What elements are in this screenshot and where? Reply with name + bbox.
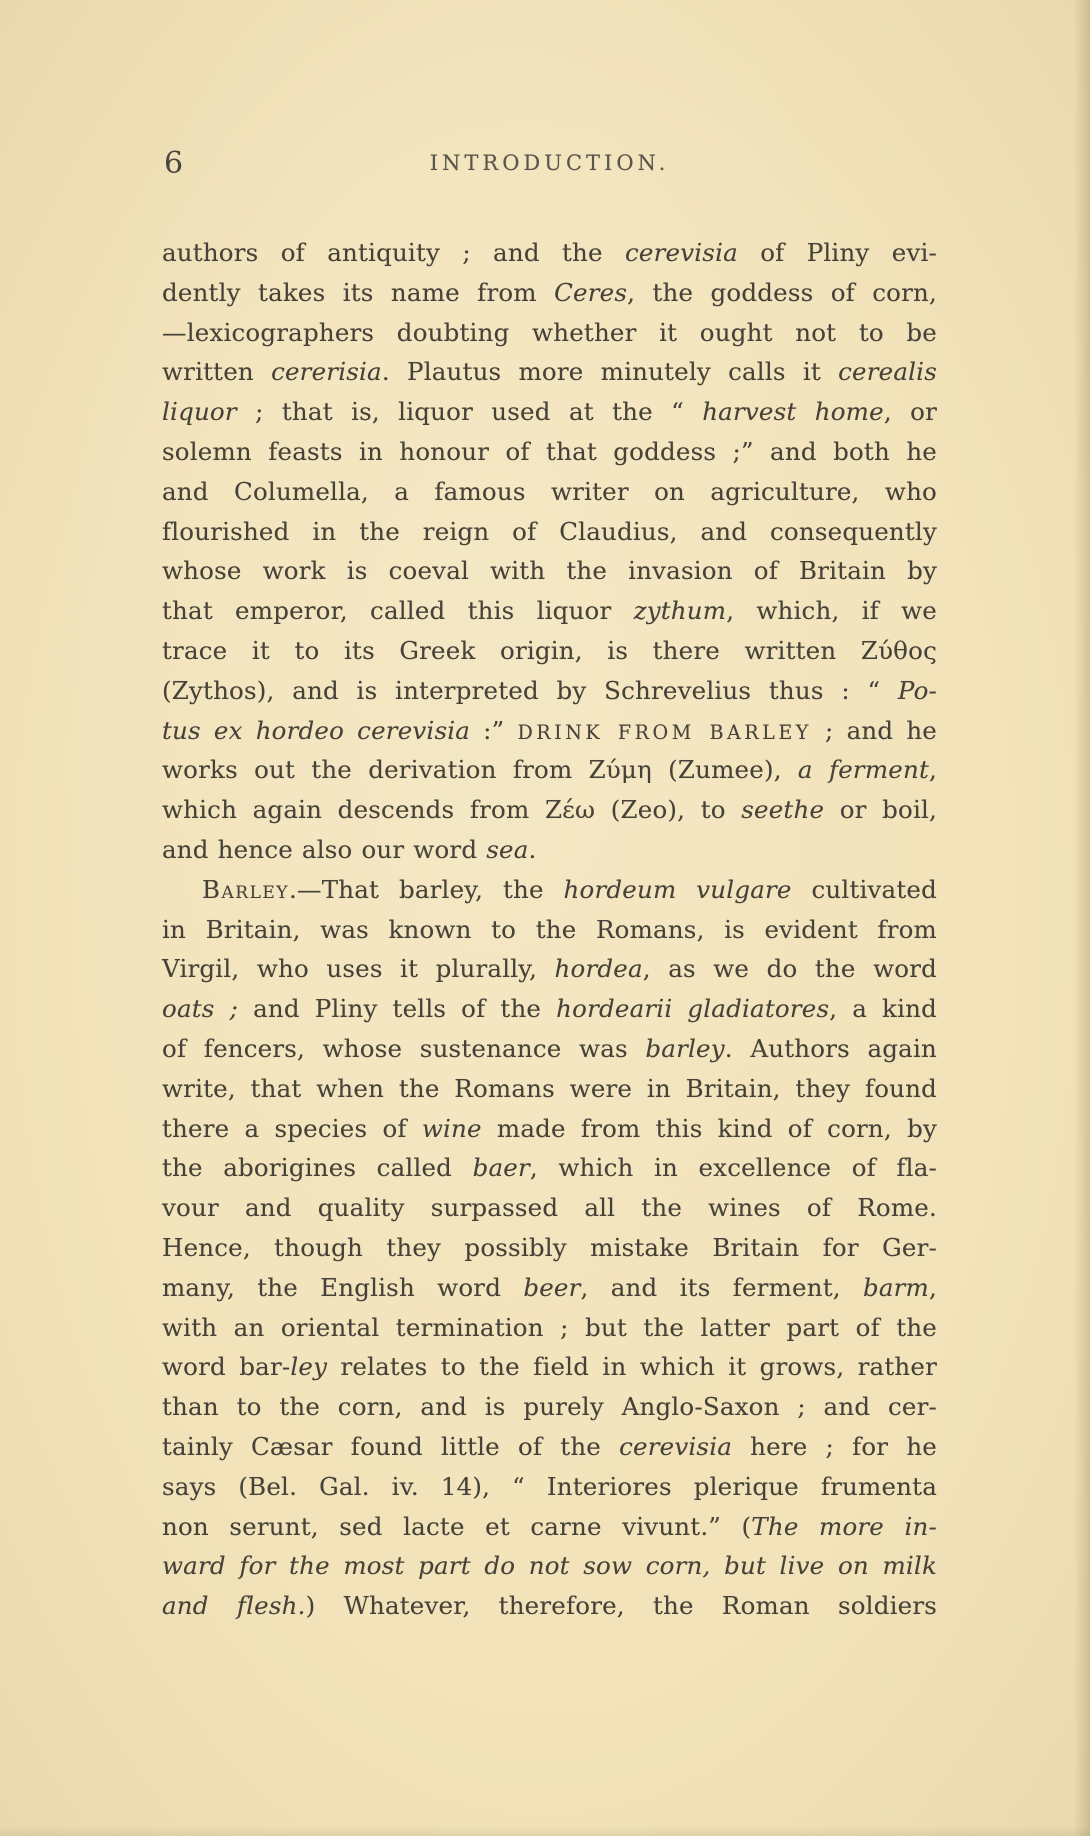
text-segment: relates to the field in which it grows, … (327, 1352, 937, 1381)
text-segment: hordea (555, 954, 643, 983)
text-line: says (Bel. Gal. iv. 14), “ Interiores pl… (162, 1467, 937, 1507)
text-segment: drink from barley (517, 721, 811, 744)
text-segment: harvest home (702, 397, 884, 426)
text-segment: write, that when the Romans were in Brit… (162, 1074, 937, 1103)
text-line: works out the derivation from Ζύμη (Zume… (162, 750, 937, 790)
text-segment: barley (645, 1034, 724, 1063)
text-line: Barley.—That barley, the hordeum vulgare… (162, 870, 937, 910)
text-segment: oats ; (162, 994, 238, 1023)
text-segment: . (529, 835, 537, 864)
text-segment: ; and he (812, 716, 937, 745)
text-line: Hence, though they possibly mistake Brit… (162, 1228, 937, 1268)
text-segment: that emperor, called this liquor (162, 596, 634, 625)
text-segment: The more in- (751, 1512, 937, 1541)
text-segment: and flesh. (162, 1591, 306, 1620)
text-segment: Hence, though they possibly mistake Brit… (162, 1233, 937, 1262)
text-line: than to the corn, and is purely Anglo-Sa… (162, 1387, 937, 1427)
text-block: authors of antiquity ; and the cerevisia… (162, 233, 937, 1626)
text-line: in Britain, was known to the Romans, is … (162, 910, 937, 950)
text-line: tainly Cæsar found little of the cerevis… (162, 1427, 937, 1467)
text-segment: ward for the most part do not sow corn, … (162, 1551, 937, 1580)
text-line: solemn feasts in honour of that goddess … (162, 432, 937, 472)
text-segment: cerevisia (619, 1432, 732, 1461)
text-segment: and Columella, a famous writer on agricu… (162, 477, 937, 506)
text-segment: vour and quality surpassed all the wines… (162, 1193, 937, 1222)
text-line: ward for the most part do not sow corn, … (162, 1546, 937, 1586)
text-line: flourished in the reign of Claudius, and… (162, 512, 937, 552)
text-segment: Virgil, who uses it plurally, (162, 954, 555, 983)
text-segment: and hence also our word (162, 835, 486, 864)
text-segment: .—That barley, the (289, 875, 564, 904)
text-line: dently takes its name from Ceres, the go… (162, 273, 937, 313)
text-segment: dently takes its name from (162, 278, 554, 307)
text-segment: , which, if we (726, 596, 937, 625)
text-segment: (Zythos), and is interpreted by Schrevel… (162, 676, 898, 705)
text-line: whose work is coeval with the invasion o… (162, 551, 937, 591)
text-segment: tainly Cæsar found little of the (162, 1432, 619, 1461)
text-segment: tus ex hordeo cerevisia (162, 716, 470, 745)
text-segment: solemn feasts in honour of that goddess … (162, 437, 937, 466)
text-line: which again descends from Ζέω (Zeo), to … (162, 790, 937, 830)
text-segment: ) Whatever, therefore, the Roman soldier… (306, 1591, 937, 1620)
text-line: many, the English word beer, and its fer… (162, 1268, 937, 1308)
text-segment: cerevisia (625, 238, 738, 267)
text-segment: beer (523, 1273, 580, 1302)
text-segment: and Pliny tells of the (238, 994, 556, 1023)
text-segment: made from this kind of corn, by (482, 1114, 937, 1143)
text-segment: —lexicographers doubting whether it ough… (162, 318, 937, 347)
text-segment: ley (290, 1352, 327, 1381)
text-segment: barm (863, 1273, 929, 1302)
text-line: non serunt, sed lacte et carne vivunt.” … (162, 1507, 937, 1547)
text-segment: zythum (634, 596, 727, 625)
text-segment: , which in excellence of fla- (530, 1153, 937, 1182)
text-segment: . Authors again (725, 1034, 937, 1063)
text-line: of fencers, whose sustenance was barley.… (162, 1029, 937, 1069)
text-segment: than to the corn, and is purely Anglo-Sa… (162, 1392, 937, 1421)
text-segment: authors of antiquity ; and the (162, 238, 625, 267)
text-line: tus ex hordeo cerevisia :” drink from ba… (162, 711, 937, 751)
text-segment: many, the English word (162, 1273, 523, 1302)
text-segment: , (929, 1273, 937, 1302)
text-segment: Ceres (554, 278, 627, 307)
text-segment: , as we do the word (643, 954, 937, 983)
text-line: written cererisia. Plautus more minutely… (162, 352, 937, 392)
text-line: the aborigines called baer, which in exc… (162, 1148, 937, 1188)
text-line: liquor ; that is, liquor used at the “ h… (162, 392, 937, 432)
text-segment: here ; for he (732, 1432, 937, 1461)
text-line: trace it to its Greek origin, is there w… (162, 631, 937, 671)
text-segment: ; that is, liquor used at the “ (237, 397, 702, 426)
text-segment: works out the derivation from Ζύμη (Zume… (162, 755, 798, 784)
text-line: (Zythos), and is interpreted by Schrevel… (162, 671, 937, 711)
text-line: oats ; and Pliny tells of the hordearii … (162, 989, 937, 1029)
text-segment: Barley (202, 875, 289, 904)
text-line: that emperor, called this liquor zythum,… (162, 591, 937, 631)
text-segment: of Pliny evi- (738, 238, 937, 267)
text-line: authors of antiquity ; and the cerevisia… (162, 233, 937, 273)
text-line: there a species of wine made from this k… (162, 1109, 937, 1149)
text-segment: whose work is coeval with the invasion o… (162, 556, 937, 585)
text-line: and hence also our word sea. (162, 830, 937, 870)
text-line: Virgil, who uses it plurally, hordea, as… (162, 949, 937, 989)
text-line: and Columella, a famous writer on agricu… (162, 472, 937, 512)
paragraph: Barley.—That barley, the hordeum vulgare… (162, 870, 937, 1626)
text-segment: liquor (162, 397, 237, 426)
text-line: vour and quality surpassed all the wines… (162, 1188, 937, 1228)
text-line: word bar-ley relates to the field in whi… (162, 1347, 937, 1387)
text-segment: cultivated (792, 875, 937, 904)
text-segment: with an oriental termination ; but the l… (162, 1313, 937, 1342)
text-segment: or boil, (824, 795, 937, 824)
text-segment: word bar- (162, 1352, 290, 1381)
text-line: and flesh.) Whatever, therefore, the Rom… (162, 1586, 937, 1626)
paragraph: authors of antiquity ; and the cerevisia… (162, 233, 937, 870)
text-segment: there a species of (162, 1114, 422, 1143)
text-segment: baer (473, 1153, 530, 1182)
text-line: —lexicographers doubting whether it ough… (162, 313, 937, 353)
text-segment: , a kind (829, 994, 937, 1023)
text-line: with an oriental termination ; but the l… (162, 1308, 937, 1348)
text-segment: written (162, 357, 271, 386)
running-head: INTRODUCTION. (162, 151, 937, 175)
text-segment: the aborigines called (162, 1153, 473, 1182)
text-segment: which again descends from Ζέω (Zeo), to (162, 795, 741, 824)
text-segment: of fencers, whose sustenance was (162, 1034, 645, 1063)
text-segment: says (Bel. Gal. iv. 14), “ Interiores pl… (162, 1472, 937, 1501)
book-page: 6 INTRODUCTION. authors of antiquity ; a… (0, 0, 1090, 1836)
text-segment: hordeum vulgare (564, 875, 792, 904)
text-segment: trace it to its Greek origin, is there w… (162, 636, 937, 665)
text-segment: . Plautus more minutely calls it (382, 357, 838, 386)
text-segment: sea (486, 835, 528, 864)
text-segment: cererisia (271, 357, 382, 386)
text-segment: , the goddess of corn, (627, 278, 937, 307)
text-line: write, that when the Romans were in Brit… (162, 1069, 937, 1109)
text-segment: :” (470, 716, 517, 745)
text-segment: hordearii gladiatores (556, 994, 829, 1023)
text-segment: , or (884, 397, 937, 426)
text-segment: wine (422, 1114, 482, 1143)
text-segment: cerealis (838, 357, 937, 386)
text-segment: flourished in the reign of Claudius, and… (162, 517, 937, 546)
text-segment: , (929, 755, 937, 784)
text-segment: in Britain, was known to the Romans, is … (162, 915, 937, 944)
text-segment: Po- (898, 676, 937, 705)
text-segment: seethe (741, 795, 824, 824)
masthead: 6 INTRODUCTION. (162, 146, 937, 186)
text-segment: non serunt, sed lacte et carne vivunt.” … (162, 1512, 751, 1541)
text-segment: a ferment (798, 755, 929, 784)
text-segment: , and its ferment, (581, 1273, 863, 1302)
